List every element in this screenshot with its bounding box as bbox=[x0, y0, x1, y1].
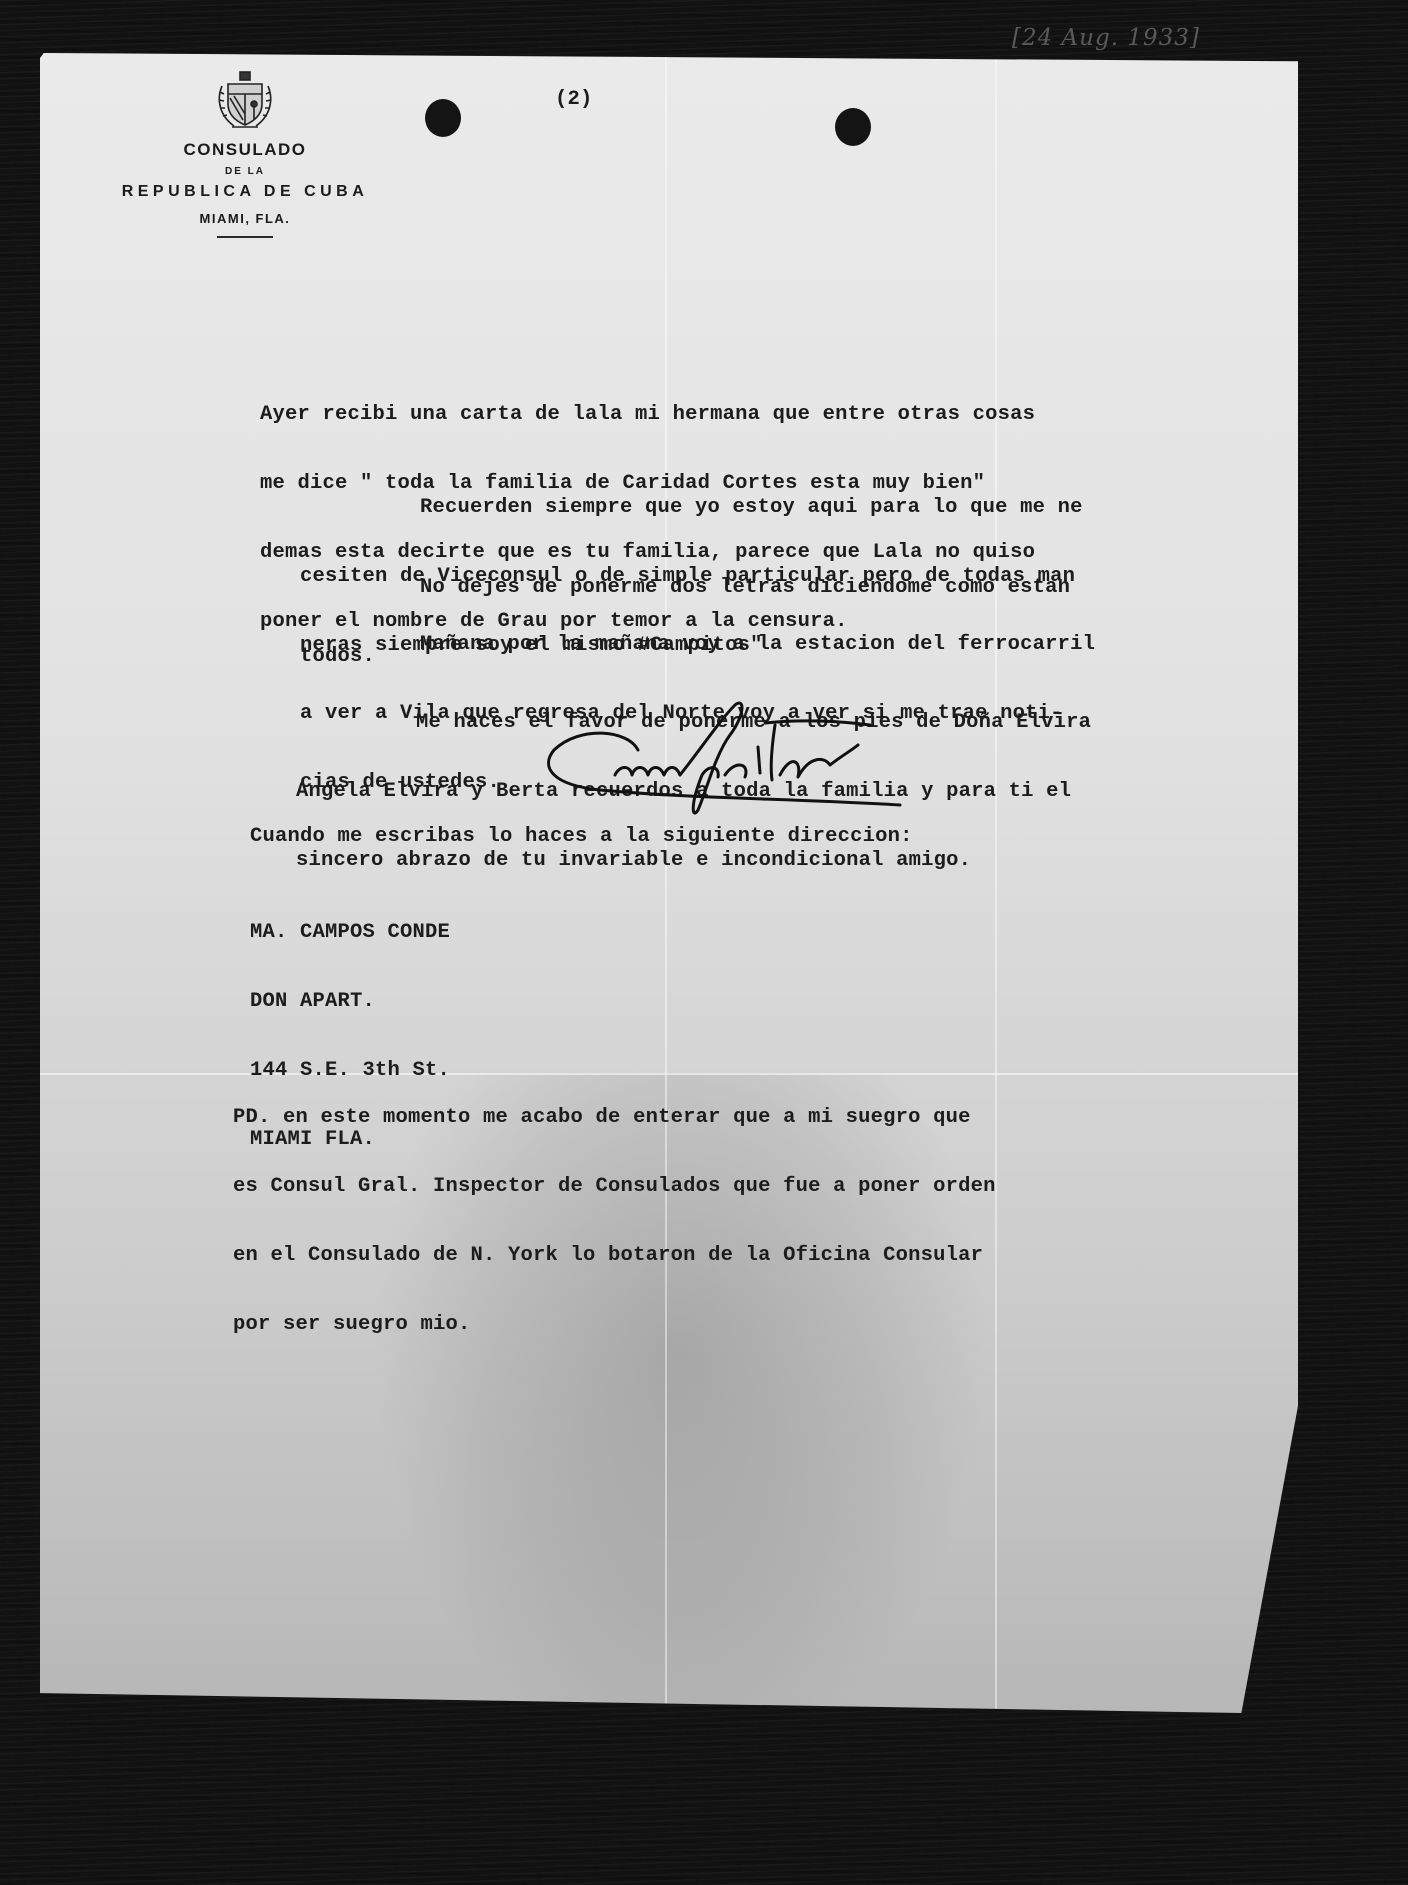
postscript: PD. en este momento me acabo de enterar … bbox=[233, 1060, 996, 1359]
letterhead: CONSULADO DE LA REPUBLICA DE CUBA MIAMI,… bbox=[60, 70, 430, 238]
address-intro: Cuando me escribas lo haces a la siguien… bbox=[250, 825, 913, 848]
handwritten-signature: Campitos bbox=[540, 695, 960, 825]
address-line: DON APART. bbox=[250, 990, 450, 1013]
text-line: en el Consulado de N. York lo botaron de… bbox=[233, 1244, 996, 1267]
address-line: MA. CAMPOS CONDE bbox=[250, 921, 450, 944]
text-line: sincero abrazo de tu invariable e incond… bbox=[296, 849, 1216, 872]
punch-hole-right bbox=[835, 108, 871, 146]
text-line: es Consul Gral. Inspector de Consulados … bbox=[233, 1175, 996, 1198]
text-line: por ser suegro mio. bbox=[233, 1313, 996, 1336]
letterhead-rule bbox=[217, 236, 273, 238]
letterhead-consulado: CONSULADO bbox=[60, 140, 430, 160]
text-line: PD. en este momento me acabo de enterar … bbox=[233, 1106, 996, 1129]
letterhead-de-la: DE LA bbox=[60, 166, 430, 177]
text-line: Mañana por la mañana voy a la estacion d… bbox=[300, 633, 1220, 656]
text-line: Ayer recibi una carta de lala mi hermana… bbox=[260, 403, 1180, 426]
letterhead-city: MIAMI, FLA. bbox=[60, 211, 430, 226]
handwritten-date-annotation: [24 Aug. 1933] bbox=[1012, 25, 1200, 51]
text-line: Recuerden siempre que yo estoy aqui para… bbox=[300, 496, 1220, 519]
page-number: (2) bbox=[555, 88, 593, 111]
letterhead-republica: REPUBLICA DE CUBA bbox=[60, 183, 430, 201]
cuban-coat-of-arms-icon bbox=[212, 70, 278, 130]
punch-hole-left bbox=[425, 99, 461, 137]
